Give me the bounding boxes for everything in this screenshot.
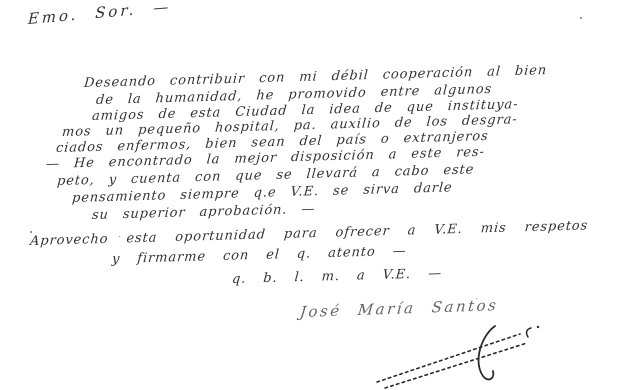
closing-line: Aprovecho esta oportunidad para ofrecer … [29, 218, 588, 249]
salutation: Emo. Sor. — [28, 0, 172, 28]
closing-line: y firmarme con el q. atento — [111, 244, 407, 267]
ink-speck [30, 231, 32, 233]
ink-speck [119, 236, 120, 237]
letter-page: Emo. Sor. — Deseando contribuir con mi d… [0, 0, 636, 390]
ink-speck [580, 17, 582, 19]
signature-rubric [355, 318, 565, 390]
ink-speck [476, 298, 477, 299]
closing-line: q. b. l. m. a V.E. — [231, 266, 442, 287]
body-line: su superior aprobación. — [91, 202, 315, 223]
